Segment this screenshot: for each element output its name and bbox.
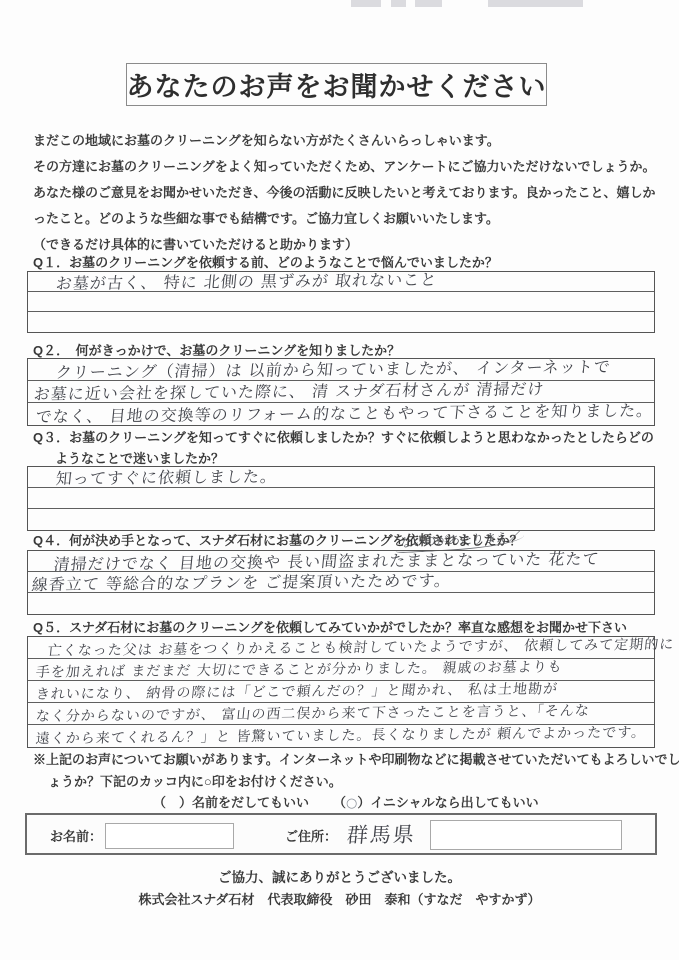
consent-options: （ ）名前をだしてもいい（○）イニシャルなら出してもいい	[153, 792, 539, 811]
answer-row: 手を加えれば まだまだ 大切にできることが分かりました。 親戚のお墓よりも	[28, 659, 654, 681]
scan-artifact	[391, 0, 406, 7]
handwritten-answer: お墓が古く、 特に 北側の 黒ずみが 取れないこと	[55, 270, 438, 294]
question-4-answer-box: 清掃だけでなく 目地の交換や 長い間盗まれたままとなっていた 花たて 線香立て …	[27, 550, 655, 615]
scan-artifact	[415, 0, 442, 7]
answer-row	[28, 292, 654, 312]
answer-row	[28, 509, 654, 530]
scan-artifact	[351, 0, 381, 7]
answer-row	[28, 312, 654, 332]
question-5-answer-box: 亡くなった父は お墓をつくりかえることも検討していたようですが、 依頼してみて定…	[27, 636, 655, 748]
consent-option-initial-label: ）イニシャルなら出してもいい	[357, 795, 538, 810]
scan-artifact	[488, 0, 583, 7]
consent-option-initial-open: （	[333, 795, 346, 810]
answer-row: なく分からないのですが、 富山の西二俣から来て下さったことを言うと、「そんな	[28, 703, 654, 725]
name-input[interactable]	[105, 823, 234, 849]
answer-row: お墓に近い会社を探していた際に、 清 スナダ石材さんが 清掃だけ	[28, 381, 654, 403]
page-title: あなたのお声をお聞かせください	[126, 63, 547, 106]
consent-note-line1: ※上記のお声についてお願いがあります。インターネットや印刷物などに掲載させていた…	[33, 749, 679, 768]
answer-row	[28, 488, 654, 509]
answer-row: 知ってすぐに依頼しました。	[28, 467, 654, 488]
question-3-answer-box: 知ってすぐに依頼しました。	[27, 466, 655, 531]
question-2-answer-box: クリーニング（清掃）は 以前から知っていましたが、 インターネットで お墓に近い…	[27, 358, 655, 426]
footer-thanks: ご協力、誠にありがとうございました。	[0, 866, 679, 886]
answer-row: でなく、 目地の交換等のリフォーム的なこともやって下さることを知りました。	[28, 403, 654, 425]
consent-option-name: （ ）名前をだしてもいい	[153, 795, 309, 810]
intro-line: その方達にお墓のクリーニングをよく知っていただくため、アンケートにご協力いただけ…	[33, 154, 655, 180]
question-5-label: Q５．スナダ石材にお墓のクリーニングを依頼してみていかがでしたか？率直な感想をお…	[33, 617, 627, 636]
question-3-label: Q３．お墓のクリーニングを知ってすぐに依頼しましたか？すぐに依頼しようと思わなか…	[33, 427, 654, 446]
answer-row	[28, 593, 654, 614]
intro-text: まだこの地域にお墓のクリーニングを知らない方がたくさんいらっしゃいます。 その方…	[33, 128, 655, 258]
intro-line: あなた様のご意見をお聞かせいただき、今後の活動に反映したいと考えております。良か…	[33, 180, 655, 206]
question-3-label-line2: ようなことで迷いましたか？	[55, 448, 224, 467]
footer-company: 株式会社スナダ石材 代表取締役 砂田 泰和（すなだ やすかず）	[0, 889, 679, 908]
intro-line: ったこと。どのような些細な事でも結構です。ご協力宜しくお願いいたします。	[33, 206, 655, 232]
answer-row: 清掃だけでなく 目地の交換や 長い間盗まれたままとなっていた 花たて	[28, 551, 654, 572]
page-title-text: あなたのお声をお聞かせください	[127, 65, 547, 104]
name-label: お名前：	[50, 826, 102, 845]
handwritten-circle-mark: ○	[346, 796, 358, 812]
handwritten-prefecture: 群馬県	[346, 819, 418, 850]
address-input[interactable]	[430, 820, 622, 850]
intro-line: まだこの地域にお墓のクリーニングを知らない方がたくさんいらっしゃいます。	[33, 128, 655, 154]
question-1-label: Q１．お墓のクリーニングを依頼する前、どのようなことで悩んでいましたか？	[33, 252, 498, 271]
question-2-label: Q２． 何がきっかけで、お墓のクリーニングを知りましたか？	[33, 340, 400, 359]
consent-note-line2: ょうか？下記のカッコ内に○印をお付けください。	[48, 771, 342, 790]
question-1-answer-box: お墓が古く、 特に 北側の 黒ずみが 取れないこと	[27, 271, 655, 333]
handwritten-answer: 知ってすぐに依頼しました。	[55, 466, 278, 489]
answer-row: 遠くから来てくれるん？」と 皆驚いていました。長くなりましたが 頼んでよかったで…	[28, 725, 654, 747]
answer-row: クリーニング（清掃）は 以前から知っていましたが、 インターネットで	[28, 359, 654, 381]
questionnaire-page: あなたのお声をお聞かせください まだこの地域にお墓のクリーニングを知らない方がた…	[0, 0, 679, 960]
answer-row: お墓が古く、 特に 北側の 黒ずみが 取れないこと	[28, 272, 654, 292]
address-label: ご住所：	[285, 826, 337, 845]
contact-section: お名前： ご住所： 群馬県	[25, 813, 657, 855]
answer-row: 線香立て 等総合的なプランを ご提案頂いたためです。	[28, 572, 654, 593]
